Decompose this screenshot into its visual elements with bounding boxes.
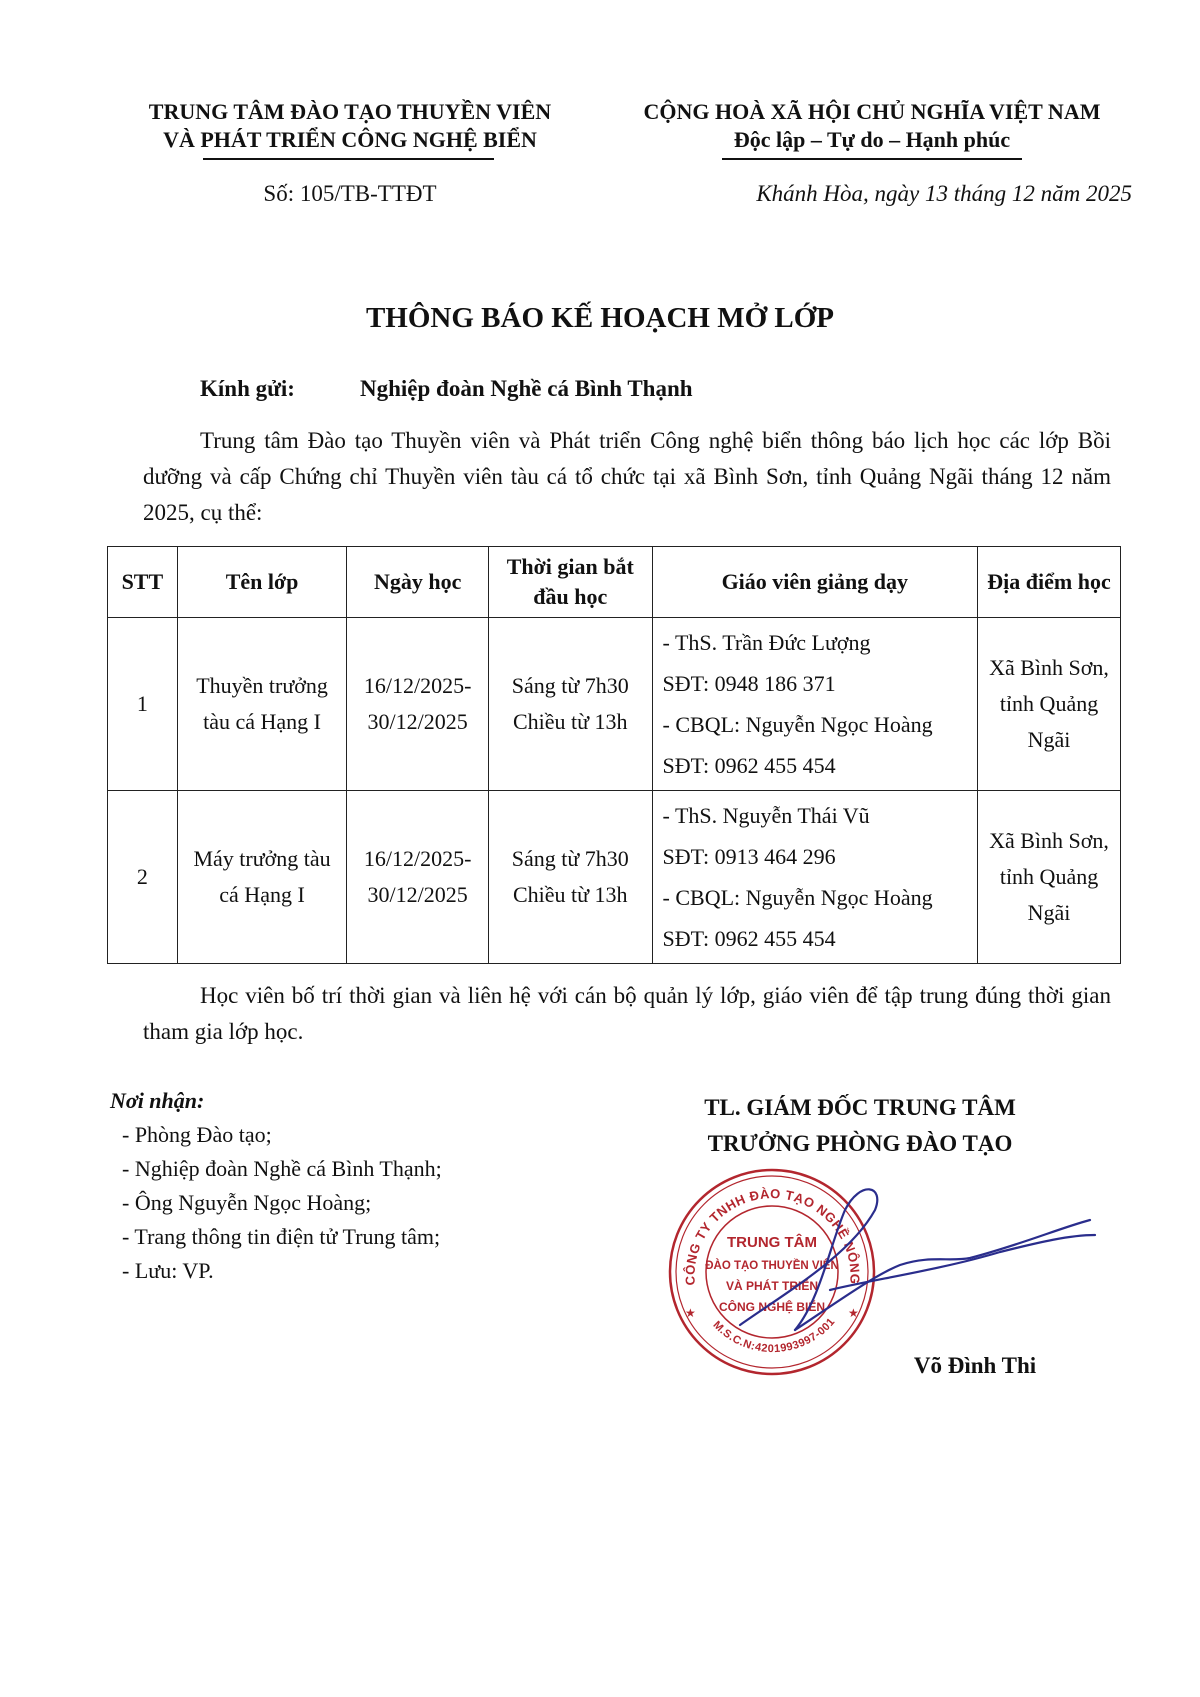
header-stt: STT: [108, 547, 178, 618]
handwritten-signature-icon: [700, 1180, 1100, 1350]
signer-name: Võ Đình Thi: [650, 1353, 1170, 1379]
signatory-title-line-2: TRƯỞNG PHÒNG ĐÀO TẠO: [650, 1126, 1070, 1162]
recipient-item: - Ông Nguyễn Ngọc Hoàng;: [122, 1186, 442, 1220]
issuer-line-2: VÀ PHÁT TRIỂN CÔNG NGHỆ BIỂN: [110, 126, 590, 154]
start-morning: Sáng từ 7h30: [493, 841, 648, 877]
document-number: Số: 105/TB-TTĐT: [110, 181, 590, 207]
cell-start-time: Sáng từ 7h30 Chiều từ 13h: [488, 618, 652, 791]
cell-dates: 16/12/2025- 30/12/2025: [347, 618, 489, 791]
cell-location: Xã Bình Sơn, tỉnh Quảng Ngãi: [978, 791, 1121, 964]
manager-phone: SĐT: 0962 455 454: [663, 745, 974, 786]
cell-dates: 16/12/2025- 30/12/2025: [347, 791, 489, 964]
table-row: 1 Thuyền trưởng tàu cá Hạng I 16/12/2025…: [108, 618, 1121, 791]
recipient-item: - Phòng Đào tạo;: [122, 1118, 442, 1152]
issuer-line-1: TRUNG TÂM ĐÀO TẠO THUYỀN VIÊN: [110, 98, 590, 126]
teacher-phone: SĐT: 0913 464 296: [663, 836, 974, 877]
manager-name: - CBQL: Nguyễn Ngọc Hoàng: [663, 704, 974, 745]
recipient-name: Nghiệp đoàn Nghề cá Bình Thạnh: [360, 376, 693, 402]
recipient-item: - Nghiệp đoàn Nghề cá Bình Thạnh;: [122, 1152, 442, 1186]
cell-class-name: Máy trưởng tàu cá Hạng I: [177, 791, 347, 964]
recipients-title: Nơi nhận:: [110, 1088, 204, 1114]
start-afternoon: Chiều từ 13h: [493, 877, 648, 913]
cell-teachers: - ThS. Nguyễn Thái Vũ SĐT: 0913 464 296 …: [652, 791, 978, 964]
cell-class-name: Thuyền trưởng tàu cá Hạng I: [177, 618, 347, 791]
cell-start-time: Sáng từ 7h30 Chiều từ 13h: [488, 791, 652, 964]
header-teachers: Giáo viên giảng dạy: [652, 547, 978, 618]
document-title: THÔNG BÁO KẾ HOẠCH MỞ LỚP: [0, 302, 1200, 335]
header-location: Địa điểm học: [978, 547, 1121, 618]
cell-location: Xã Bình Sơn, tỉnh Quảng Ngãi: [978, 618, 1121, 791]
recipient-label: Kính gửi:: [200, 376, 295, 402]
class-schedule-table: STT Tên lớp Ngày học Thời gian bắt đầu h…: [107, 546, 1121, 964]
place-and-date: Khánh Hòa, ngày 13 tháng 12 năm 2025: [612, 181, 1132, 207]
nation-line-1: CỘNG HOÀ XÃ HỘI CHỦ NGHĨA VIỆT NAM: [612, 98, 1132, 126]
svg-text:★: ★: [685, 1306, 696, 1320]
motto-underline: [722, 158, 1022, 160]
closing-paragraph: Học viên bố trí thời gian và liên hệ với…: [143, 978, 1111, 1050]
manager-phone: SĐT: 0962 455 454: [663, 918, 974, 959]
header-start-time: Thời gian bắt đầu học: [488, 547, 652, 618]
header-class-name: Tên lớp: [177, 547, 347, 618]
signatory-title-line-1: TL. GIÁM ĐỐC TRUNG TÂM: [650, 1090, 1070, 1126]
start-afternoon: Chiều từ 13h: [493, 704, 648, 740]
header-dates: Ngày học: [347, 547, 489, 618]
manager-name: - CBQL: Nguyễn Ngọc Hoàng: [663, 877, 974, 918]
cell-stt: 2: [108, 791, 178, 964]
recipient-item: - Trang thông tin điện tử Trung tâm;: [122, 1220, 442, 1254]
intro-paragraph: Trung tâm Đào tạo Thuyền viên và Phát tr…: [143, 423, 1111, 531]
national-motto: CỘNG HOÀ XÃ HỘI CHỦ NGHĨA VIỆT NAM Độc l…: [612, 98, 1132, 154]
table-header-row: STT Tên lớp Ngày học Thời gian bắt đầu h…: [108, 547, 1121, 618]
cell-teachers: - ThS. Trần Đức Lượng SĐT: 0948 186 371 …: [652, 618, 978, 791]
signatory-title: TL. GIÁM ĐỐC TRUNG TÂM TRƯỞNG PHÒNG ĐÀO …: [650, 1090, 1070, 1162]
table-row: 2 Máy trưởng tàu cá Hạng I 16/12/2025- 3…: [108, 791, 1121, 964]
issuer-underline: [203, 158, 494, 160]
teacher-name: - ThS. Trần Đức Lượng: [663, 622, 974, 663]
start-morning: Sáng từ 7h30: [493, 668, 648, 704]
recipients-list: - Phòng Đào tạo; - Nghiệp đoàn Nghề cá B…: [122, 1118, 442, 1288]
nation-line-2: Độc lập – Tự do – Hạnh phúc: [612, 126, 1132, 154]
cell-stt: 1: [108, 618, 178, 791]
recipient-item: - Lưu: VP.: [122, 1254, 442, 1288]
teacher-name: - ThS. Nguyễn Thái Vũ: [663, 795, 974, 836]
issuer-organization: TRUNG TÂM ĐÀO TẠO THUYỀN VIÊN VÀ PHÁT TR…: [110, 98, 590, 154]
teacher-phone: SĐT: 0948 186 371: [663, 663, 974, 704]
